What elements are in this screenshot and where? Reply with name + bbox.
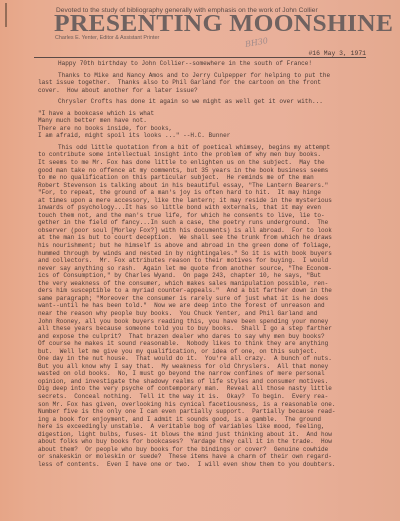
text-line: last issue together. Thanks also to Phil… bbox=[38, 79, 358, 87]
page-edge-mark bbox=[5, 3, 7, 27]
paragraph: Happy 70th birthday to John Collier--som… bbox=[38, 60, 358, 68]
text-line: at the man is but to court deception. We… bbox=[38, 234, 358, 242]
text-line: opinion, and investigate the shadowy rea… bbox=[38, 378, 358, 386]
text-line: about folks who buy books for bookcases?… bbox=[38, 438, 358, 446]
text-line: the very weakness of the consumer, which… bbox=[38, 280, 358, 288]
text-line: never say anything so rash. Again let me… bbox=[38, 265, 358, 273]
text-line: secrets. Conceal nothing. Tell it the wa… bbox=[38, 393, 358, 401]
text-line: but. Well let me give you my qualificati… bbox=[38, 348, 358, 356]
text-line: wasted on old books. No, I must go beyon… bbox=[38, 370, 358, 378]
text-line: less of contents. Even I have one or two… bbox=[38, 461, 358, 469]
text-line: to contribute some intellectual insight … bbox=[38, 151, 358, 159]
text-line: inwards of psychology...It has so little… bbox=[38, 204, 358, 212]
text-line: same paragraph; "Moreover the consumer i… bbox=[38, 295, 358, 303]
text-line: near the reason why people buy books. Yo… bbox=[38, 310, 358, 318]
text-line: Chrysler Crofts has done it again so we … bbox=[38, 98, 358, 106]
text-line: about them? Or people who buy books for … bbox=[38, 446, 358, 454]
text-line: One day in the nut house. That would do … bbox=[38, 355, 358, 363]
text-line: and expose the culprit? That brazen deal… bbox=[38, 333, 358, 341]
handwritten-note: BH30 bbox=[244, 36, 268, 49]
text-line: Of course he makes it sound reasonable. … bbox=[38, 340, 358, 348]
text-line: gether in the field of fancy...In such a… bbox=[38, 219, 358, 227]
text-line: Number five is the only one I can even p… bbox=[38, 408, 358, 416]
text-line: ing a book for enjoyment, and I admit it… bbox=[38, 416, 358, 424]
text-line: Happy 70th birthday to John Collier--som… bbox=[38, 60, 358, 68]
text-line: digestion, light bulbs, fuses- it blows … bbox=[38, 431, 358, 439]
masthead-editor: Charles E. Yenter, Editor & Assistant Pr… bbox=[55, 35, 159, 41]
masthead-title: PRESENTING MOONSHINE bbox=[54, 13, 400, 35]
text-line: or snakeskin or moleskin or suede? These… bbox=[38, 453, 358, 461]
text-line: ders him susceptible to a myriad counter… bbox=[38, 287, 358, 295]
poem-quote: "I have a bookcase which is whatMany muc… bbox=[38, 110, 358, 140]
text-line: hummed through by winds and nested in by… bbox=[38, 250, 358, 258]
text-line: It seems to me Mr. Fox has done little t… bbox=[38, 159, 358, 167]
text-line: Thanks to Mike and Nancy Amos and to Jer… bbox=[38, 72, 358, 80]
text-line: to me no qualification on this particula… bbox=[38, 174, 358, 182]
paragraph: Chrysler Crofts has done it again so we … bbox=[38, 98, 358, 106]
newsletter-page: Devoted to the study of bibliography gen… bbox=[0, 0, 400, 521]
text-line: There are no books inside, for books, bbox=[38, 125, 358, 133]
text-line: observer (poor soul [Morley Fox?] with h… bbox=[38, 227, 358, 235]
text-line: his nourishment; but he himself is above… bbox=[38, 242, 358, 250]
header-divider bbox=[34, 57, 366, 58]
text-line: and collectors. Mr. Fox attributes reaso… bbox=[38, 257, 358, 265]
text-line: good man take no offence at my comments,… bbox=[38, 167, 358, 175]
paragraph: This odd little quotation from a bit of … bbox=[38, 144, 358, 469]
text-line: This odd little quotation from a bit of … bbox=[38, 144, 358, 152]
text-line: "I have a bookcase which is what bbox=[38, 110, 358, 118]
text-line: here is exceedingly unstable. A veritabl… bbox=[38, 423, 358, 431]
text-line: "For, to repeat, the ground of a man's j… bbox=[38, 189, 358, 197]
text-line: I am afraid, might spoil its looks ..." … bbox=[38, 132, 358, 140]
issue-number-date: #16 May 3, 1971 bbox=[308, 50, 366, 57]
text-line: son Mr. Fox has given, overlooking his c… bbox=[38, 401, 358, 409]
article-body: Happy 70th birthday to John Collier--som… bbox=[38, 60, 358, 468]
text-line: touch them not, and the man's true life,… bbox=[38, 212, 358, 220]
paragraph: Thanks to Mike and Nancy Amos and to Jer… bbox=[38, 72, 358, 95]
text-line: cover. How about another for a later iss… bbox=[38, 87, 358, 95]
text-line: at times upon a mere accessory, like the… bbox=[38, 197, 358, 205]
text-line: John Rooney, all you book buyers reading… bbox=[38, 318, 358, 326]
text-line: all these years because someone told you… bbox=[38, 325, 358, 333]
text-line: Robert Stevenson is talking about in his… bbox=[38, 182, 358, 190]
text-line: want--until he has been told." Now we ar… bbox=[38, 302, 358, 310]
text-line: ics of Consumption," by Charles Wyand. O… bbox=[38, 272, 358, 280]
text-line: Many much better men have not. bbox=[38, 117, 358, 125]
text-line: But you all know why I say that. My weak… bbox=[38, 363, 358, 371]
text-line: Dig deep into the very psyche of contemp… bbox=[38, 385, 358, 393]
